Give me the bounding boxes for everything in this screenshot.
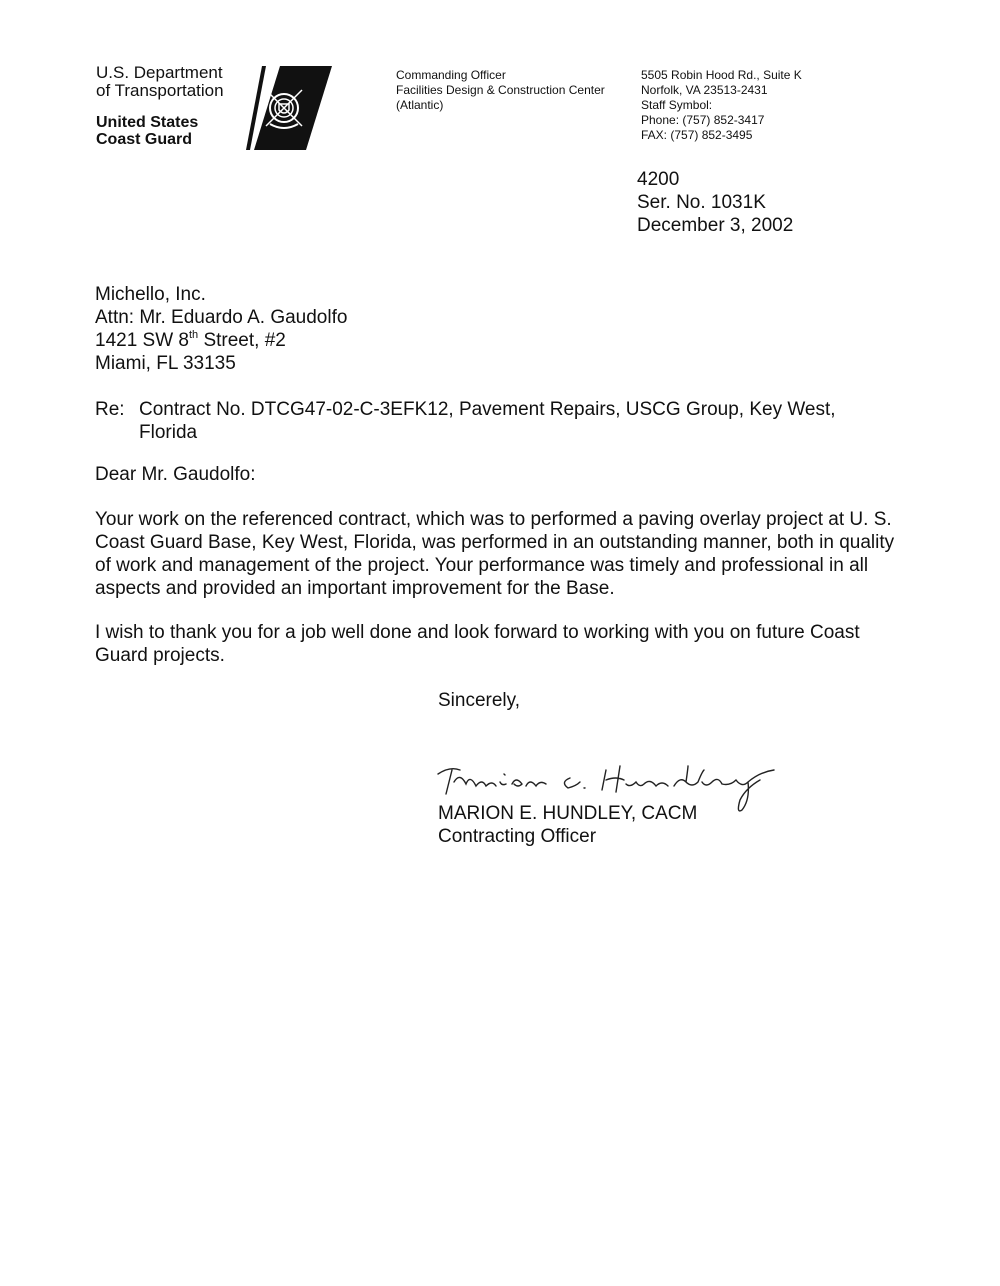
issuing-office: Commanding Officer Facilities Design & C… — [396, 68, 605, 113]
office-address: 5505 Robin Hood Rd., Suite K Norfolk, VA… — [641, 68, 802, 143]
recipient-attention: Attn: Mr. Eduardo A. Gaudolfo — [95, 306, 347, 329]
department-line-2: of Transportation — [96, 82, 224, 100]
agency-line-1: United States — [96, 114, 198, 131]
phone-number: Phone: (757) 852-3417 — [641, 113, 802, 128]
letter-date: December 3, 2002 — [637, 214, 793, 237]
signer-name: MARION E. HUNDLEY, CACM — [438, 802, 697, 825]
office-line-1: Commanding Officer — [396, 68, 605, 83]
reference-code: 4200 — [637, 168, 793, 191]
complimentary-close: Sincerely, — [438, 689, 520, 712]
salutation: Dear Mr. Gaudolfo: — [95, 463, 256, 486]
agency-line-2: Coast Guard — [96, 131, 198, 148]
body-paragraph-2: I wish to thank you for a job well done … — [95, 621, 895, 667]
agency-name: United States Coast Guard — [96, 114, 198, 148]
body-paragraph-1: Your work on the referenced contract, wh… — [95, 508, 895, 600]
department-name: U.S. Department of Transportation — [96, 64, 224, 100]
coast-guard-emblem-icon — [226, 66, 332, 150]
department-line-1: U.S. Department — [96, 64, 224, 82]
signer-block: MARION E. HUNDLEY, CACM Contracting Offi… — [438, 802, 697, 848]
subject-line: Re:Contract No. DTCG47-02-C-3EFK12, Pave… — [95, 398, 885, 444]
reference-block: 4200 Ser. No. 1031K December 3, 2002 — [637, 168, 793, 237]
address-line-1: 5505 Robin Hood Rd., Suite K — [641, 68, 802, 83]
office-line-3: (Atlantic) — [396, 98, 605, 113]
subject-label: Re: — [95, 398, 139, 421]
subject-text: Contract No. DTCG47-02-C-3EFK12, Pavemen… — [139, 398, 879, 444]
staff-symbol: Staff Symbol: — [641, 98, 802, 113]
serial-number: Ser. No. 1031K — [637, 191, 793, 214]
office-line-2: Facilities Design & Construction Center — [396, 83, 605, 98]
recipient-street: 1421 SW 8th Street, #2 — [95, 329, 347, 352]
signer-title: Contracting Officer — [438, 825, 697, 848]
recipient-company: Michello, Inc. — [95, 283, 347, 306]
fax-number: FAX: (757) 852-3495 — [641, 128, 802, 143]
recipient-address: Michello, Inc. Attn: Mr. Eduardo A. Gaud… — [95, 283, 347, 375]
address-line-2: Norfolk, VA 23513-2431 — [641, 83, 802, 98]
recipient-city: Miami, FL 33135 — [95, 352, 347, 375]
